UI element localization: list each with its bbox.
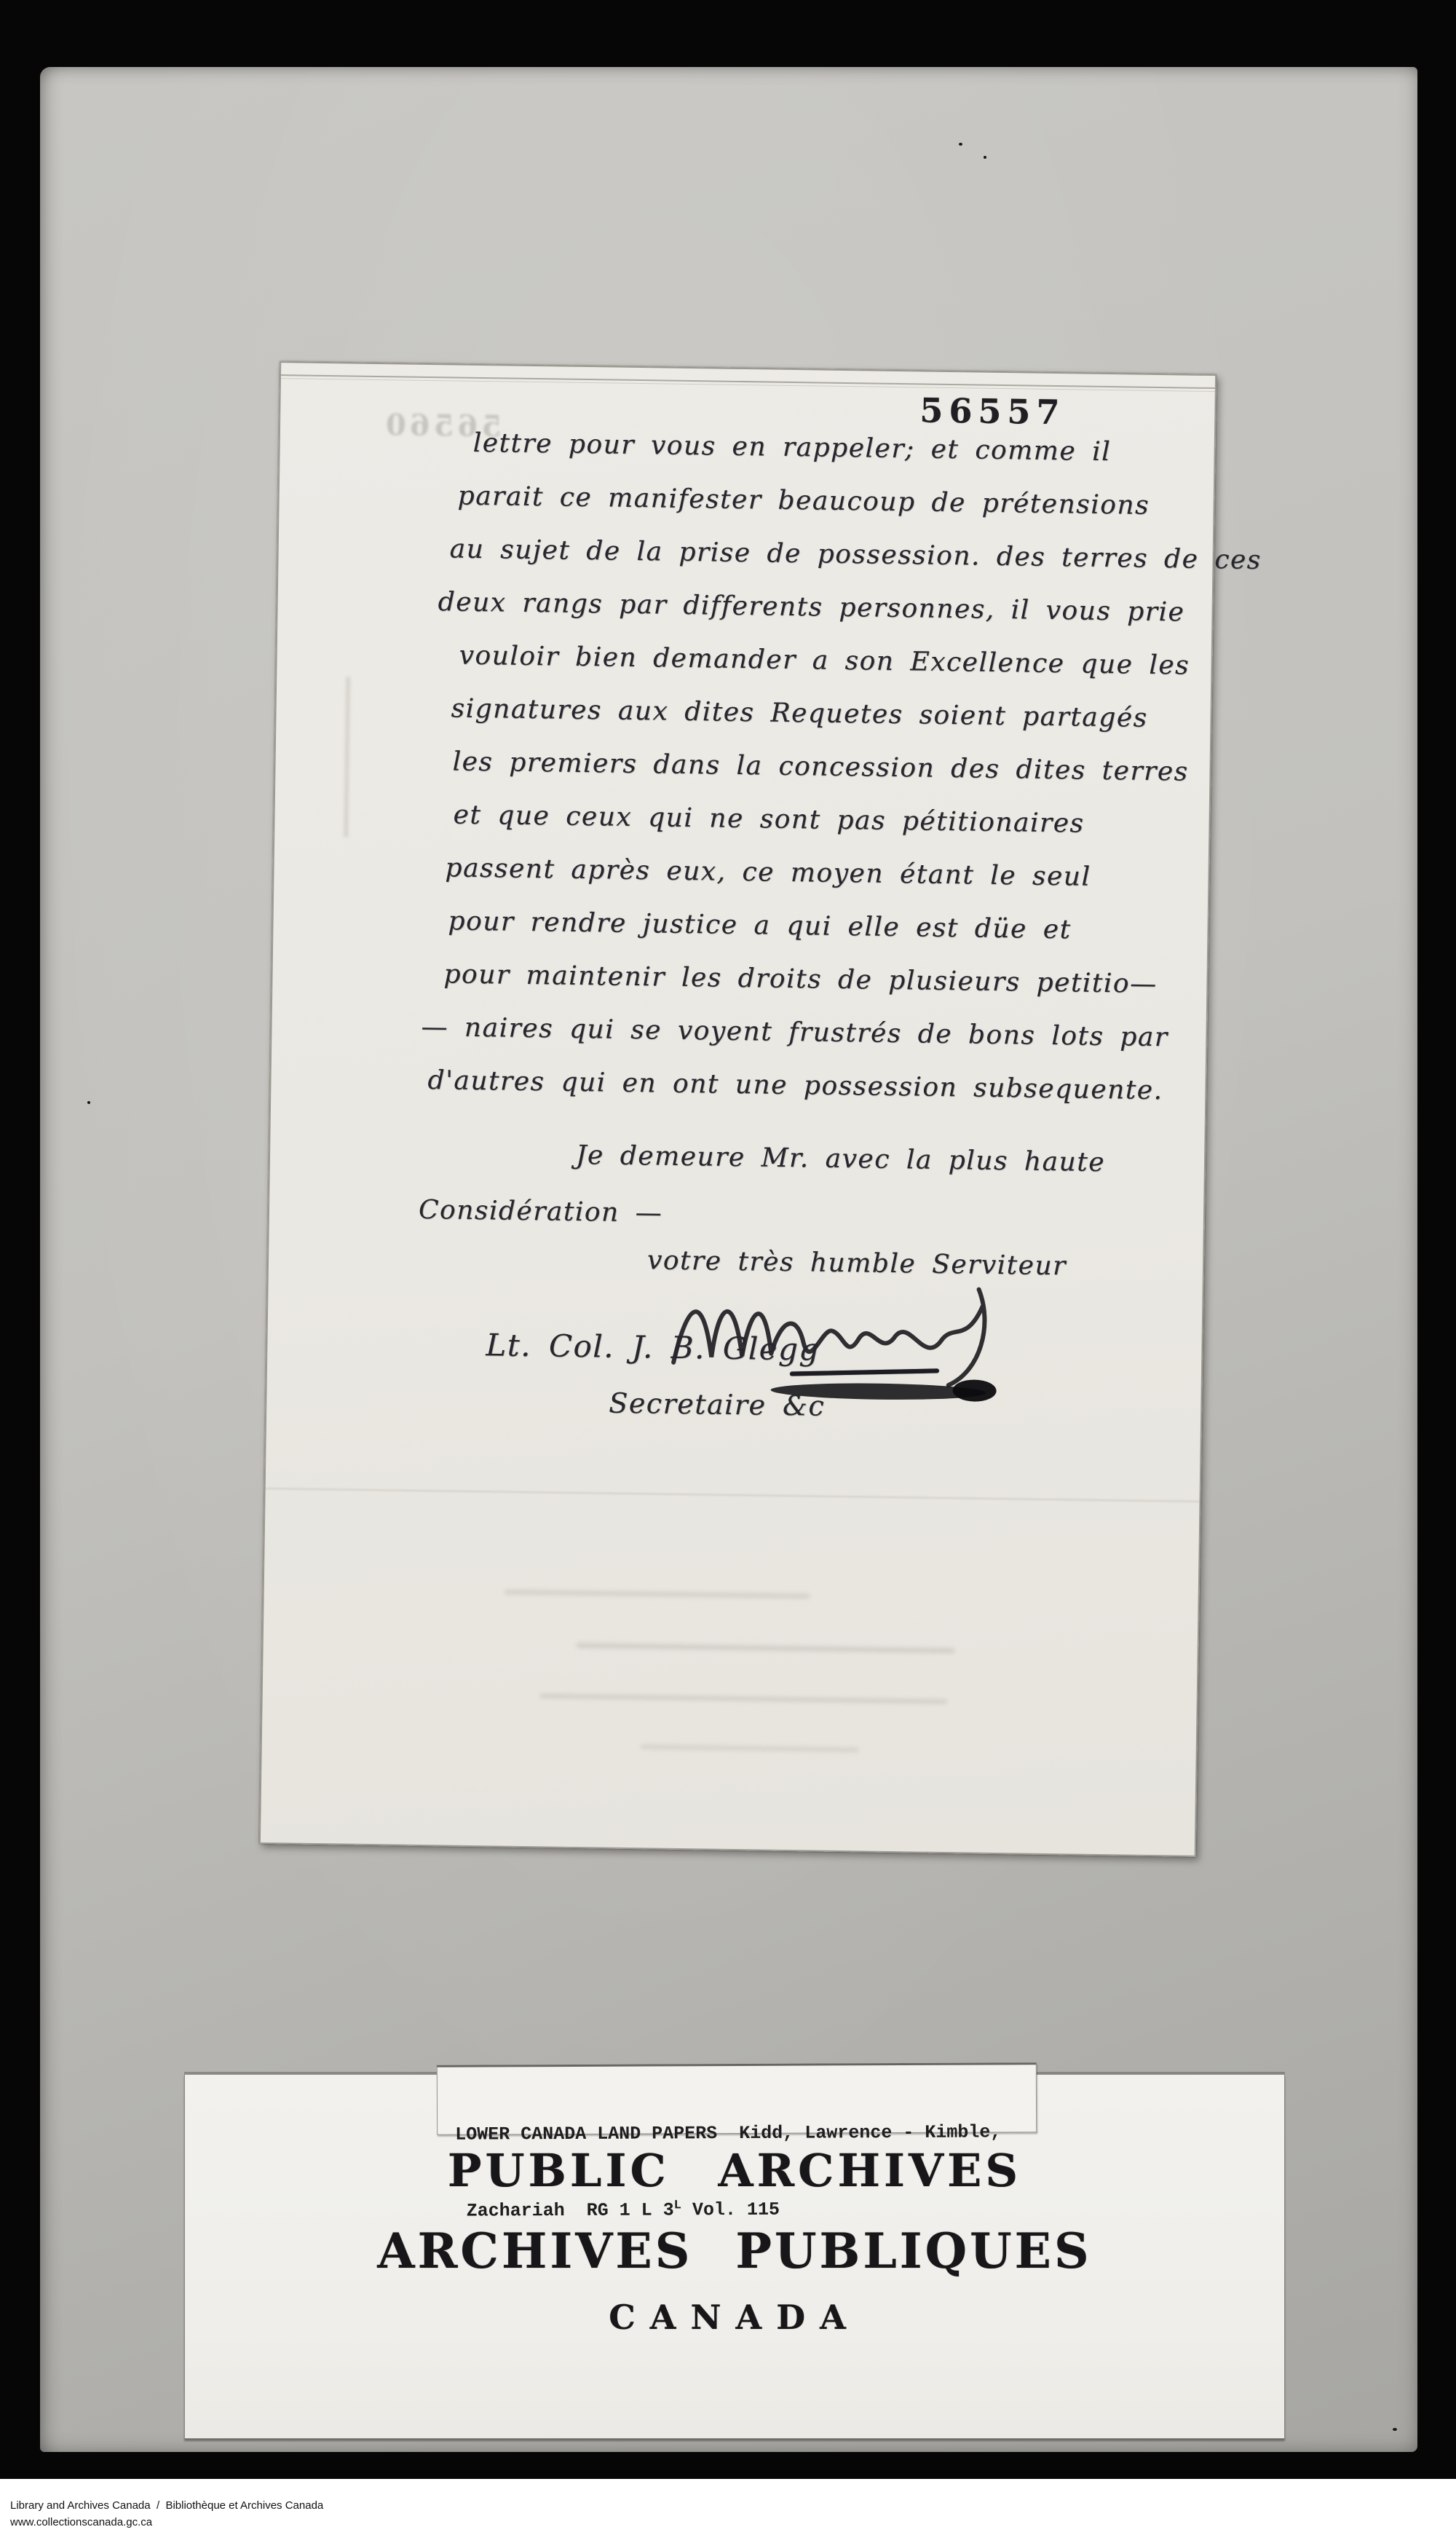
letter-line: pour rendre justice a qui elle est düe e… [448,906,1072,945]
ink-blot [952,1379,996,1402]
dust-speck [87,1101,90,1104]
reference-label: LOWER CANADA LAND PAPERS Kidd, Lawrence … [437,2062,1037,2135]
page-number-stamp: 56557 [919,390,1066,432]
letter-line: au sujet de la prise de possession. des … [449,534,1262,575]
reference-label-superscript: L [674,2199,681,2212]
ink-bleedthrough-mark [539,1693,947,1704]
letter-line: vouloir bien demander a son Excellence q… [459,641,1190,681]
footer-strip: Library and Archives Canada / Bibliothèq… [0,2479,1456,2543]
letter-closing-line: Je demeure Mr. avec la plus haute [576,1140,1106,1178]
ink-bleedthrough-mark [505,1590,810,1599]
letter-line: les premiers dans la concession des dite… [452,746,1189,786]
archives-title-canada: CANADA [185,2298,1284,2337]
letter-line: lettre pour vous en rappeler; et comme i… [472,428,1111,467]
letter-line: d'autres qui en ont une possession subse… [427,1065,1163,1105]
reference-label-line2-text: Zachariah RG 1 L 3 [456,2199,674,2221]
reference-label-line1: LOWER CANADA LAND PAPERS Kidd, Lawrence … [455,2120,1036,2146]
letter-page: 56557 56560 lettre pour vous en rappeler… [259,361,1216,1857]
attribution-url: www.collectionscanada.gc.ca [10,2516,152,2528]
ink-bleedthrough-mark [344,677,350,837]
paper-fold-crease [281,374,1215,392]
ink-bleedthrough-mark [577,1643,955,1653]
dust-speck [1393,2428,1397,2431]
letter-line: parait ce manifester beaucoup de prétens… [457,481,1150,521]
attribution-text: Library and Archives Canada / Bibliothèq… [10,2499,323,2512]
reference-label-line2-volume: Vol. 115 [681,2199,780,2221]
ink-bleedthrough-mark [641,1744,859,1752]
letter-closing-line: Considération — [419,1195,663,1229]
letter-line: et que ceux qui ne sont pas pétitionaire… [453,800,1085,839]
scanned-archive-page: { "page": { "stamp_number": "56557", "bl… [0,0,1456,2543]
letter-line: signatures aux dites Requetes soient par… [451,693,1148,733]
addressee-title: Secretaire &c [609,1387,825,1422]
letter-line: pour maintenir les droits de plusieurs p… [443,959,1158,999]
reference-label-line2: Zachariah RG 1 L 3L Vol. 115 [456,2192,1037,2223]
paper-fold-crease [266,1488,1200,1502]
letter-line: deux rangs par differents personnes, il … [438,587,1184,627]
letter-line: passent après eux, ce moyen étant le seu… [445,853,1091,891]
dust-speck [959,143,962,146]
letter-line: — naires qui se voyent frustrés de bons … [421,1012,1168,1052]
addressee-name: Lt. Col. J. B. Glegg [486,1327,820,1367]
dust-speck [984,156,986,159]
